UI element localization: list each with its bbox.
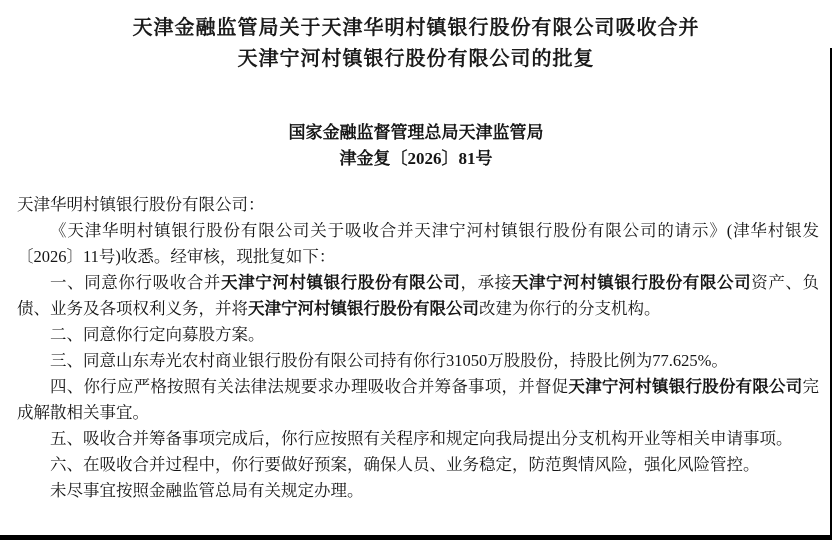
issuing-authority: 国家金融监督管理总局天津监管局 [0, 120, 832, 146]
paragraph: 《天津华明村镇银行股份有限公司关于吸收合并天津宁河村镇银行股份有限公司的请示》(… [17, 218, 819, 270]
addressee: 天津华明村镇银行股份有限公司： [17, 192, 819, 218]
bold-company-name: 天津宁河村镇银行股份有限公司 [568, 377, 802, 396]
paragraph: 二、同意你行定向募股方案。 [17, 322, 819, 348]
issuer-block: 国家金融监督管理总局天津监管局 津金复〔2026〕81号 [0, 120, 832, 172]
paragraph-text: 二、同意你行定向募股方案。 [50, 325, 265, 344]
paragraph-text: 四、你行应严格按照有关法律法规要求办理吸收合并筹备事项，并督促 [50, 377, 568, 396]
paragraph: 五、吸收合并筹备事项完成后，你行应按照有关程序和规定向我局提出分支机构开业等相关… [17, 426, 819, 452]
paragraph-list: 《天津华明村镇银行股份有限公司关于吸收合并天津宁河村镇银行股份有限公司的请示》(… [17, 218, 819, 504]
scan-border-bottom [0, 535, 832, 540]
bold-company-name: 天津宁河村镇银行股份有限公司 [512, 273, 751, 292]
paragraph: 六、在吸收合并过程中，你行要做好预案，确保人员、业务稳定，防范舆情风险，强化风险… [17, 452, 819, 478]
document-page: 天津金融监管局关于天津华明村镇银行股份有限公司吸收合并 天津宁河村镇银行股份有限… [0, 0, 832, 540]
document-title: 天津金融监管局关于天津华明村镇银行股份有限公司吸收合并 天津宁河村镇银行股份有限… [0, 0, 832, 75]
paragraph-text: 改建为你行的分支机构。 [479, 299, 661, 318]
paragraph: 四、你行应严格按照有关法律法规要求办理吸收合并筹备事项，并督促天津宁河村镇银行股… [17, 374, 819, 426]
paragraph: 三、同意山东寿光农村商业银行股份有限公司持有你行31050万股股份，持股比例为7… [17, 348, 819, 374]
paragraph: 一、同意你行吸收合并天津宁河村镇银行股份有限公司，承接天津宁河村镇银行股份有限公… [17, 270, 819, 322]
paragraph-text: 《天津华明村镇银行股份有限公司关于吸收合并天津宁河村镇银行股份有限公司的请示》(… [17, 221, 819, 266]
title-line-1: 天津金融监管局关于天津华明村镇银行股份有限公司吸收合并 [0, 13, 832, 44]
title-line-2: 天津宁河村镇银行股份有限公司的批复 [0, 44, 832, 75]
paragraph-text: 未尽事宜按照金融监管总局有关规定办理。 [50, 481, 364, 500]
paragraph-text: 三、同意山东寿光农村商业银行股份有限公司持有你行31050万股股份，持股比例为7… [50, 351, 728, 370]
paragraph-text: 六、在吸收合并过程中，你行要做好预案，确保人员、业务稳定，防范舆情风险，强化风险… [50, 455, 760, 474]
paragraph: 未尽事宜按照金融监管总局有关规定办理。 [17, 478, 819, 504]
bold-company-name: 天津宁河村镇银行股份有限公司 [221, 273, 460, 292]
document-number: 津金复〔2026〕81号 [0, 146, 832, 172]
paragraph-text: 一、同意你行吸收合并 [50, 273, 221, 292]
bold-company-name: 天津宁河村镇银行股份有限公司 [248, 299, 479, 318]
paragraph-text: 五、吸收合并筹备事项完成后，你行应按照有关程序和规定向我局提出分支机构开业等相关… [50, 429, 793, 448]
paragraph-text: ，承接 [460, 273, 511, 292]
document-body: 天津华明村镇银行股份有限公司： 《天津华明村镇银行股份有限公司关于吸收合并天津宁… [17, 192, 819, 504]
